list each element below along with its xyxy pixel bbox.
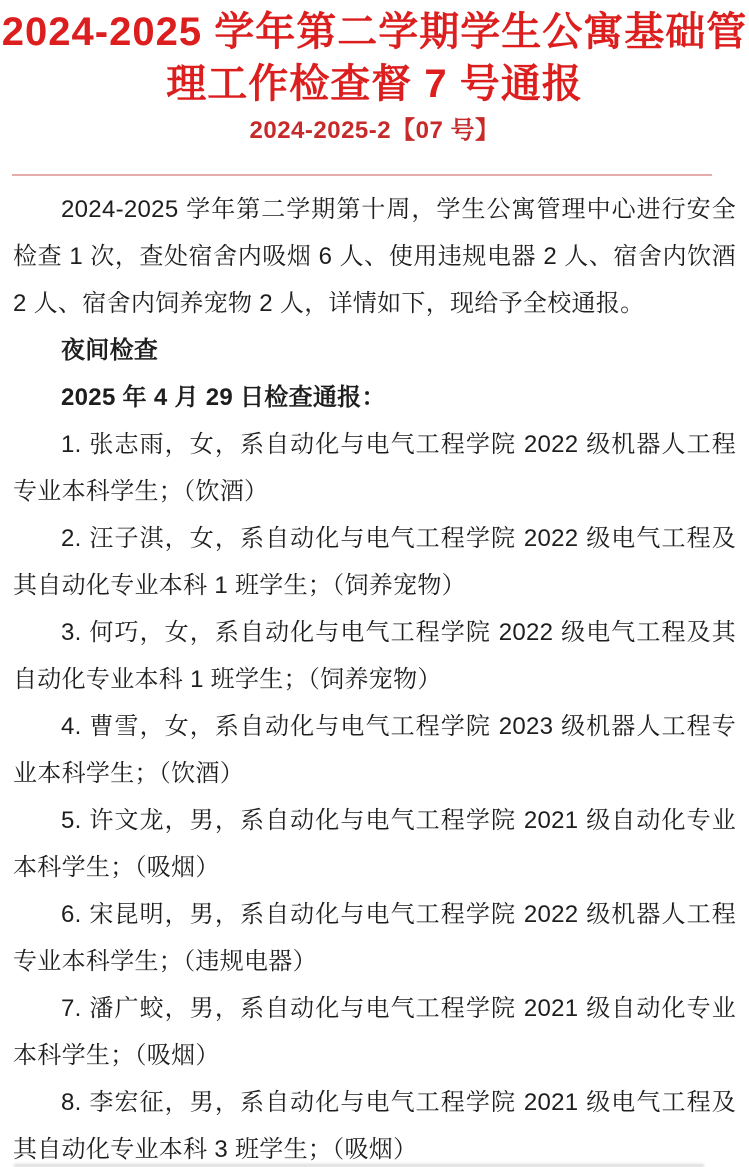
notice-page: 2024-2025 学年第二学期学生公寓基础管 理工作检查督 7 号通报 202… xyxy=(0,0,749,1167)
title-line-2: 理工作检查督 7 号通报 xyxy=(0,58,749,110)
violation-item-3: 3. 何巧，女，系自动化与电气工程学院 2022 级电气工程及其自动化专业本科 … xyxy=(13,609,736,703)
section-heading: 夜间检查 xyxy=(13,327,736,374)
violation-item-6: 6. 宋昆明，男，系自动化与电气工程学院 2022 级机器人工程专业本科学生；（… xyxy=(13,891,736,985)
doc-number: 2024-2025-2【07 号】 xyxy=(0,114,749,148)
title-line-1: 2024-2025 学年第二学期学生公寓基础管 xyxy=(0,6,749,58)
violation-item-7: 7. 潘广蛟，男，系自动化与电气工程学院 2021 级自动化专业本科学生；（吸烟… xyxy=(13,985,736,1079)
violation-item-5: 5. 许文龙，男，系自动化与电气工程学院 2021 级自动化专业本科学生；（吸烟… xyxy=(13,797,736,891)
notice-body: 2024-2025 学年第二学期第十周，学生公寓管理中心进行安全检查 1 次，查… xyxy=(13,186,736,1167)
intro-paragraph: 2024-2025 学年第二学期第十周，学生公寓管理中心进行安全检查 1 次，查… xyxy=(13,186,736,327)
notice-document: { "document": { "title_lines": [ "2024-2… xyxy=(0,0,749,1167)
violation-item-2: 2. 汪子淇，女，系自动化与电气工程学院 2022 级电气工程及其自动化专业本科… xyxy=(13,515,736,609)
page-title: 2024-2025 学年第二学期学生公寓基础管 理工作检查督 7 号通报 xyxy=(0,0,749,110)
divider-line xyxy=(12,174,712,176)
violation-item-8: 8. 李宏征，男，系自动化与电气工程学院 2021 级电气工程及其自动化专业本科… xyxy=(13,1079,736,1167)
date-heading: 2025 年 4 月 29 日检查通报： xyxy=(13,374,736,421)
violation-item-1: 1. 张志雨，女，系自动化与电气工程学院 2022 级机器人工程专业本科学生；（… xyxy=(13,421,736,515)
violation-item-4: 4. 曹雪，女，系自动化与电气工程学院 2023 级机器人工程专业本科学生；（饮… xyxy=(13,703,736,797)
